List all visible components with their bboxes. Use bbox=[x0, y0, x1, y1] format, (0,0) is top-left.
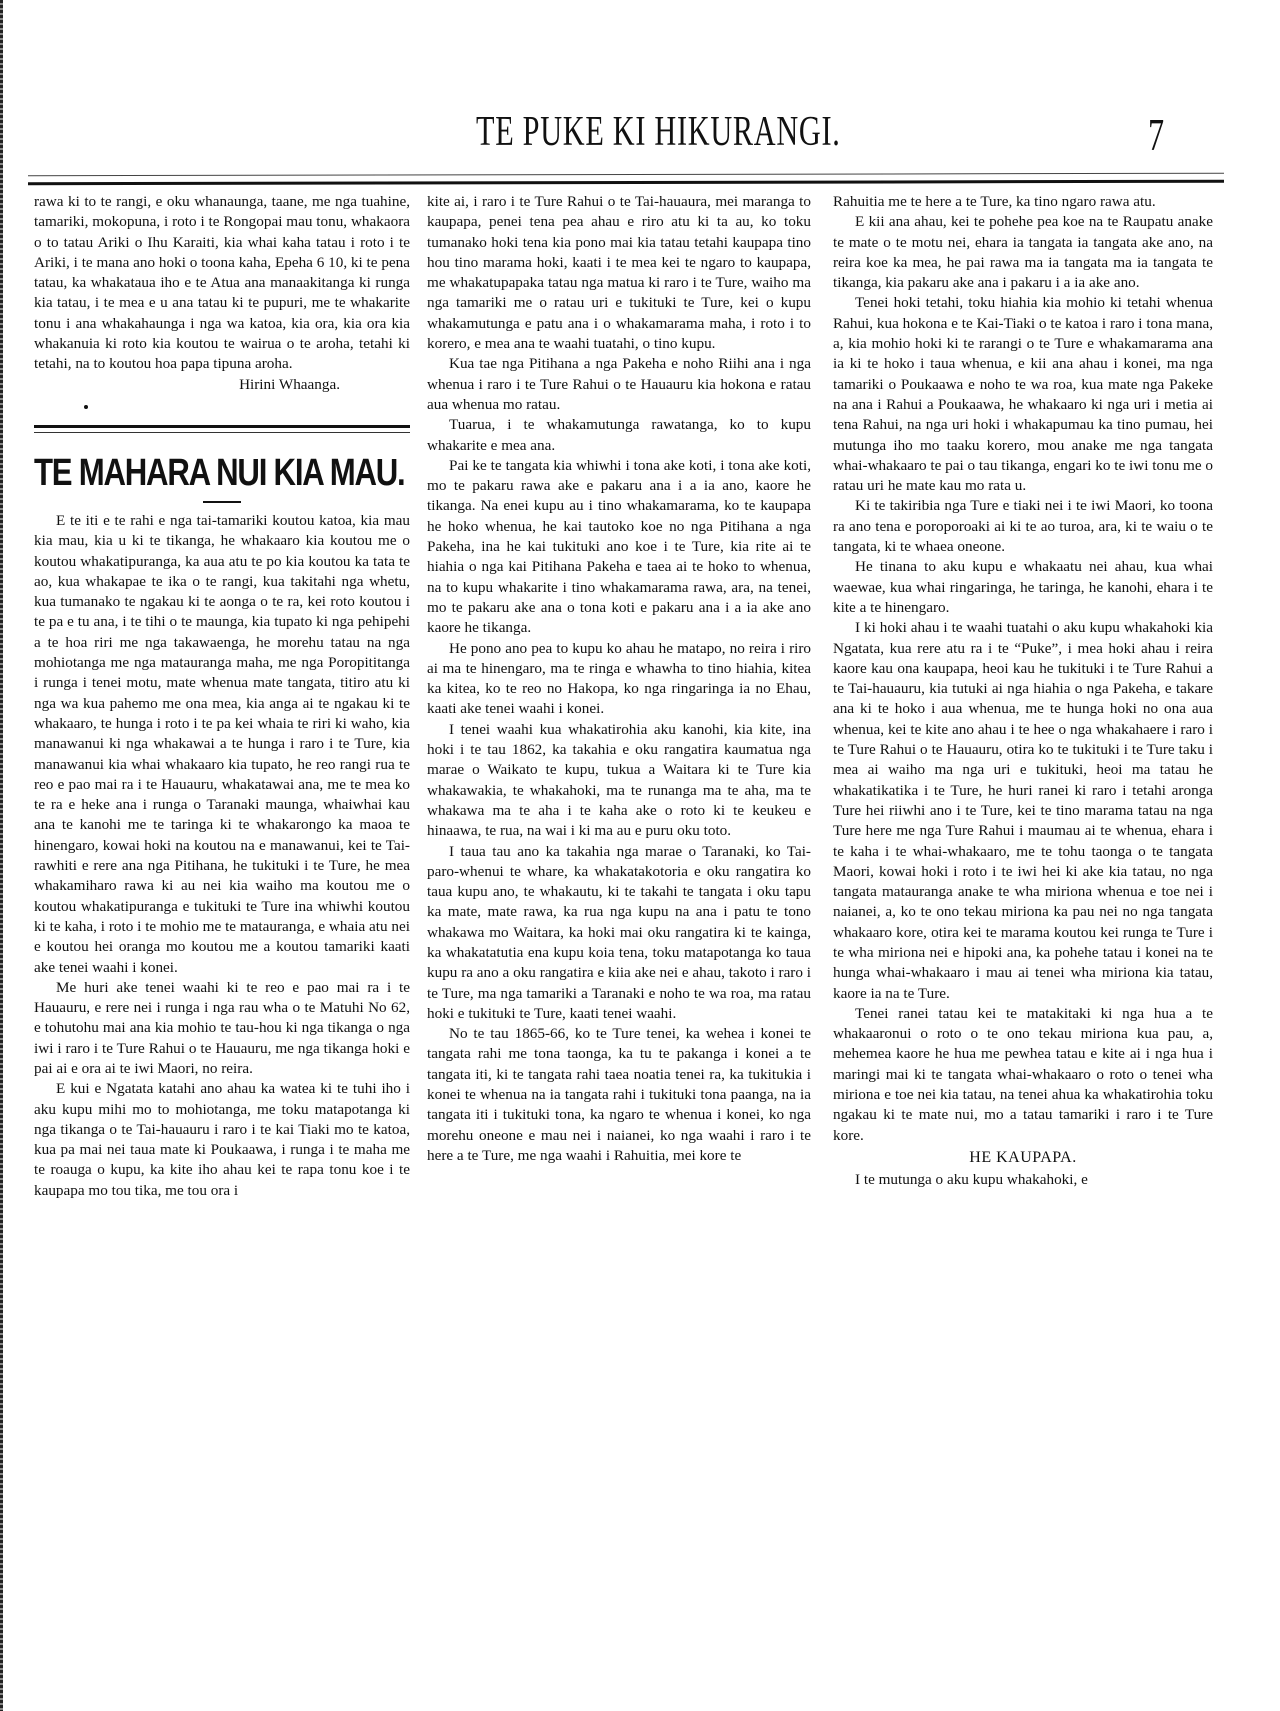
article-te-mahara-nui-kia-mau: TE MAHARA NUI KIA MAU. E te iti e te rah… bbox=[34, 451, 410, 1201]
masthead-rule-thick bbox=[28, 180, 1224, 186]
article-paragraph: E kui e Ngatata katahi ano ahau ka watea… bbox=[34, 1079, 410, 1201]
article-paragraph: I te mutunga o aku kupu whakahoki, e bbox=[833, 1170, 1213, 1190]
article-headline: TE MAHARA NUI KIA MAU. bbox=[34, 451, 411, 495]
article-paragraph: I tenei waahi kua whakatirohia aku kanoh… bbox=[427, 720, 811, 842]
article-paragraph: He tinana to aku kupu e whakaatu nei aha… bbox=[833, 557, 1213, 618]
article-paragraph: Tenei hoki tetahi, toku hiahia kia mohio… bbox=[833, 293, 1213, 496]
article-paragraph: Me huri ake tenei waahi ki te reo e pao … bbox=[34, 978, 410, 1079]
article-paragraph: Pai ke te tangata kia whiwhi i tona ake … bbox=[427, 456, 811, 639]
masthead-rule-thin bbox=[28, 173, 1224, 177]
section-divider-thin bbox=[34, 432, 410, 433]
masthead: TE PUKE KI HIKURANGI. 7 bbox=[0, 108, 1280, 168]
article-paragraph: Kua tae nga Pitihana a nga Pakeha e noho… bbox=[427, 354, 811, 415]
article-paragraph: kite ai, i raro i te Ture Rahui o te Tai… bbox=[427, 192, 811, 354]
column-1: rawa ki to te rangi, e oku whanaunga, ta… bbox=[34, 192, 410, 1201]
article-paragraph: Rahuitia me te here a te Ture, ka tino n… bbox=[833, 192, 1213, 212]
scan-edge-border bbox=[0, 0, 3, 1711]
page-number: 7 bbox=[1148, 108, 1164, 161]
headline-underline bbox=[203, 501, 241, 503]
article-paragraph: Tuarua, i te whakamutunga rawatanga, ko … bbox=[427, 415, 811, 456]
letter-continuation-paragraph: rawa ki to te rangi, e oku whanaunga, ta… bbox=[34, 192, 410, 375]
ornament-dot bbox=[34, 395, 410, 421]
column-3: Rahuitia me te here a te Ture, ka tino n… bbox=[833, 192, 1213, 1191]
article-paragraph: I taua tau ano ka takahia nga marae o Ta… bbox=[427, 842, 811, 1025]
article-paragraph: E kii ana ahau, kei te pohehe pea koe na… bbox=[833, 212, 1213, 293]
newspaper-title: TE PUKE KI HIKURANGI. bbox=[476, 108, 764, 156]
letter-signature: Hirini Whaanga. bbox=[34, 375, 410, 395]
section-divider-thick bbox=[34, 425, 410, 428]
article-paragraph: Tenei ranei tatau kei te matakitaki ki n… bbox=[833, 1004, 1213, 1146]
section-subheading: HE KAUPAPA. bbox=[833, 1148, 1213, 1168]
article-paragraph: E te iti e te rahi e nga tai-tamariki ko… bbox=[34, 511, 410, 978]
article-paragraph: No te tau 1865-66, ko te Ture tenei, ka … bbox=[427, 1024, 811, 1166]
article-paragraph: I ki hoki ahau i te waahi tuatahi o aku … bbox=[833, 618, 1213, 1004]
article-paragraph: He pono ano pea to kupu ko ahau he matap… bbox=[427, 639, 811, 720]
article-paragraph: Ki te takiribia nga Ture e tiaki nei i t… bbox=[833, 496, 1213, 557]
column-2: kite ai, i raro i te Ture Rahui o te Tai… bbox=[427, 192, 811, 1166]
